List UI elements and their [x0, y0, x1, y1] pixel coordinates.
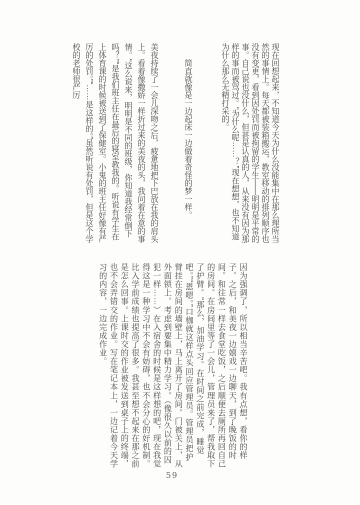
text-band-bottom: 因为强调了，所以相当辛苦吧。我有点想，看你的样子。之后，和美夜一边嬉戏一边聊天，…	[96, 263, 248, 469]
paragraph: 美夜持续了一会儿深吻之后，疲惫地把下巴放在我的肩头上。看着像撒娇一样折过来的美夜…	[70, 43, 161, 243]
paragraph: 因为强调了，所以相当辛苦吧。我有点想，看你的样子。之后，和美夜一边嬉戏一边聊天，…	[97, 263, 248, 469]
page-number: 59	[96, 471, 248, 480]
paragraph-quote: 简直就像是一边起床一边做着奇怪的梦一样。	[183, 43, 194, 243]
paragraph: 现在回想起来，不知道今天为什么没能集中在那么理所当然的事情上。每天都被装箱搬运，…	[220, 43, 280, 243]
text-band-top: 现在回想起来，不知道今天为什么没能集中在那么理所当然的事情上。每天都被装箱搬运，…	[66, 43, 280, 243]
book-page-scan: 现在回想起来，不知道今天为什么没能集中在那么理所当然的事情上。每天都被装箱搬运，…	[0, 0, 360, 505]
